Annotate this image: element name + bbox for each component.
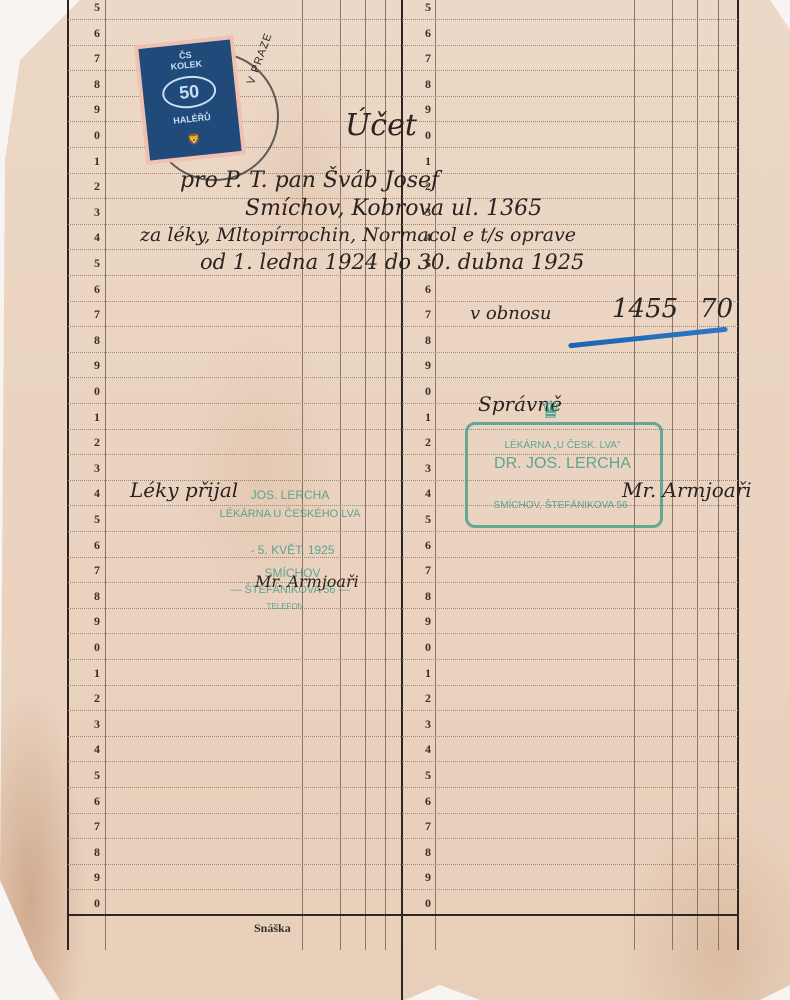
row-number-right: 1 [421,410,435,425]
row-dotted-rule [68,454,401,455]
row-number-left: 3 [90,717,104,732]
row-number-left: 8 [90,589,104,604]
row-dotted-rule [402,736,738,737]
row-dotted-rule [402,787,738,788]
row-dotted-rule [402,659,738,660]
row-number-left: 7 [90,307,104,322]
row-number-left: 8 [90,845,104,860]
row-number-left: 4 [90,742,104,757]
row-number-left: 8 [90,77,104,92]
row-number-right: 8 [421,589,435,604]
row-number-left: 9 [90,870,104,885]
row-dotted-rule [402,19,738,20]
customer-line: pro P. T. pan Šváb Josef [180,168,439,193]
row-dotted-rule [68,352,401,353]
row-dotted-rule [68,889,401,890]
dated-stamp-line6: TELEFON [215,602,355,611]
row-number-left: 2 [90,179,104,194]
row-number-left: 9 [90,358,104,373]
row-dotted-rule [402,710,738,711]
row-dotted-rule [402,531,738,532]
tax-stamp-years: 🦁 [148,128,241,151]
row-number-left: 0 [90,128,104,143]
items-line: za léky, Mltopírrochin, Normacol e t/s o… [140,224,576,246]
row-number-left: 6 [90,282,104,297]
tax-stamp-value: 50 [161,73,218,110]
row-number-right: 1 [421,154,435,169]
center-divider-line [401,0,403,1000]
row-dotted-rule [402,864,738,865]
row-dotted-rule [68,685,401,686]
row-dotted-rule [402,889,738,890]
row-dotted-rule [402,761,738,762]
row-dotted-rule [402,121,738,122]
row-number-left: 1 [90,666,104,681]
row-dotted-rule [68,403,401,404]
number-column-line-right [435,0,436,950]
row-number-right: 7 [421,563,435,578]
row-number-right: 9 [421,870,435,885]
row-number-right: 0 [421,896,435,911]
row-number-right: 8 [421,333,435,348]
crown-icon: ♛ [540,396,562,425]
pharmacy-stamp-line2: DR. JOS. LERCHA [475,455,650,473]
row-dotted-rule [68,864,401,865]
row-dotted-rule [402,326,738,327]
row-dotted-rule [402,70,738,71]
row-number-left: 6 [90,538,104,553]
row-number-right: 3 [421,461,435,476]
footer-label-snaska: Snáška [254,921,291,936]
row-dotted-rule [68,326,401,327]
row-number-right: 7 [421,51,435,66]
dated-stamp-date: - 5. KVĚT. 1925 [205,543,380,557]
row-dotted-rule [402,557,738,558]
row-number-right: 5 [421,768,435,783]
pharmacy-stamp-line1: LÉKÁRNA „U ČESK. LVA" [475,440,650,451]
row-number-left: 5 [90,256,104,271]
period-line: od 1. ledna 1924 do 30. dubna 1925 [200,250,584,274]
row-dotted-rule [68,838,401,839]
row-dotted-rule [402,633,738,634]
row-number-left: 1 [90,154,104,169]
row-dotted-rule [402,96,738,97]
right-border-line [737,0,739,950]
signature-left: Mr. Armjoaři [255,572,359,591]
tax-stamp: ČS KOLEK 50 HALÉŘŮ 🦁 [134,35,246,165]
money-column-line [718,0,719,950]
row-number-right: 7 [421,307,435,322]
row-number-right: 9 [421,102,435,117]
row-number-right: 7 [421,819,435,834]
row-number-left: 4 [90,230,104,245]
row-dotted-rule [402,275,738,276]
row-number-left: 5 [90,768,104,783]
address-line: Smíchov, Kobrova ul. 1365 [245,196,542,221]
row-number-left: 9 [90,614,104,629]
row-number-left: 6 [90,794,104,809]
row-number-right: 6 [421,26,435,41]
lion-emblem-icon: 🦁 [187,133,202,146]
row-number-right: 2 [421,435,435,450]
row-number-left: 7 [90,819,104,834]
row-number-right: 8 [421,845,435,860]
pharmacy-stamp-box [465,422,663,528]
row-dotted-rule [402,582,738,583]
number-column-line-left [105,0,106,950]
tax-stamp-currency: HALÉŘŮ [146,109,239,129]
row-dotted-rule [402,377,738,378]
row-dotted-rule [68,761,401,762]
row-number-left: 8 [90,333,104,348]
row-dotted-rule [68,429,401,430]
row-number-left: 3 [90,205,104,220]
row-number-right: 6 [421,538,435,553]
dated-stamp-line2: LÉKÁRNA U ČESKÉHO LVA [190,508,390,520]
total-crowns: 1455 [612,294,678,324]
row-dotted-rule [68,659,401,660]
row-dotted-rule [402,685,738,686]
row-dotted-rule [68,736,401,737]
row-number-right: 4 [421,486,435,501]
row-dotted-rule [402,352,738,353]
ledger-bottom-rule [67,914,739,916]
money-column-line [302,0,303,950]
row-number-left: 1 [90,410,104,425]
row-number-right: 5 [421,512,435,527]
row-dotted-rule [402,173,738,174]
row-dotted-rule [68,710,401,711]
row-number-left: 2 [90,691,104,706]
row-number-left: 7 [90,563,104,578]
row-dotted-rule [68,19,401,20]
row-dotted-rule [402,45,738,46]
row-number-right: 4 [421,742,435,757]
row-number-left: 3 [90,461,104,476]
row-number-right: 2 [421,691,435,706]
row-number-right: 9 [421,614,435,629]
row-number-right: 1 [421,666,435,681]
row-dotted-rule [68,787,401,788]
row-number-right: 3 [421,717,435,732]
money-column-line [340,0,341,950]
total-hellers: 70 [700,294,733,324]
dated-stamp-line1: JOS. LERCHA [200,488,380,502]
row-dotted-rule [402,147,738,148]
row-number-left: 0 [90,896,104,911]
row-dotted-rule [402,813,738,814]
row-number-right: 5 [421,0,435,15]
money-column-line [672,0,673,950]
row-number-right: 0 [421,384,435,399]
row-dotted-rule [68,301,401,302]
row-number-right: 6 [421,282,435,297]
row-dotted-rule [68,505,401,506]
row-dotted-rule [68,813,401,814]
left-border-line [67,0,69,950]
row-number-right: 9 [421,358,435,373]
row-dotted-rule [68,531,401,532]
row-number-left: 5 [90,512,104,527]
row-number-right: 0 [421,128,435,143]
row-number-right: 6 [421,794,435,809]
row-dotted-rule [402,838,738,839]
row-number-right: 0 [421,640,435,655]
row-dotted-rule [402,608,738,609]
signature-right: Mr. Armjoaři [622,478,752,502]
row-number-left: 5 [90,0,104,15]
money-column-line [697,0,698,950]
row-dotted-rule [68,633,401,634]
row-number-left: 0 [90,640,104,655]
invoice-title: Účet [345,108,417,143]
row-dotted-rule [68,377,401,378]
row-number-right: 8 [421,77,435,92]
row-number-left: 4 [90,486,104,501]
total-label: v obnosu [470,303,552,324]
row-dotted-rule [68,275,401,276]
row-number-left: 9 [90,102,104,117]
row-number-left: 6 [90,26,104,41]
row-number-left: 7 [90,51,104,66]
row-dotted-rule [402,403,738,404]
row-number-left: 0 [90,384,104,399]
row-dotted-rule [402,301,738,302]
row-number-left: 2 [90,435,104,450]
